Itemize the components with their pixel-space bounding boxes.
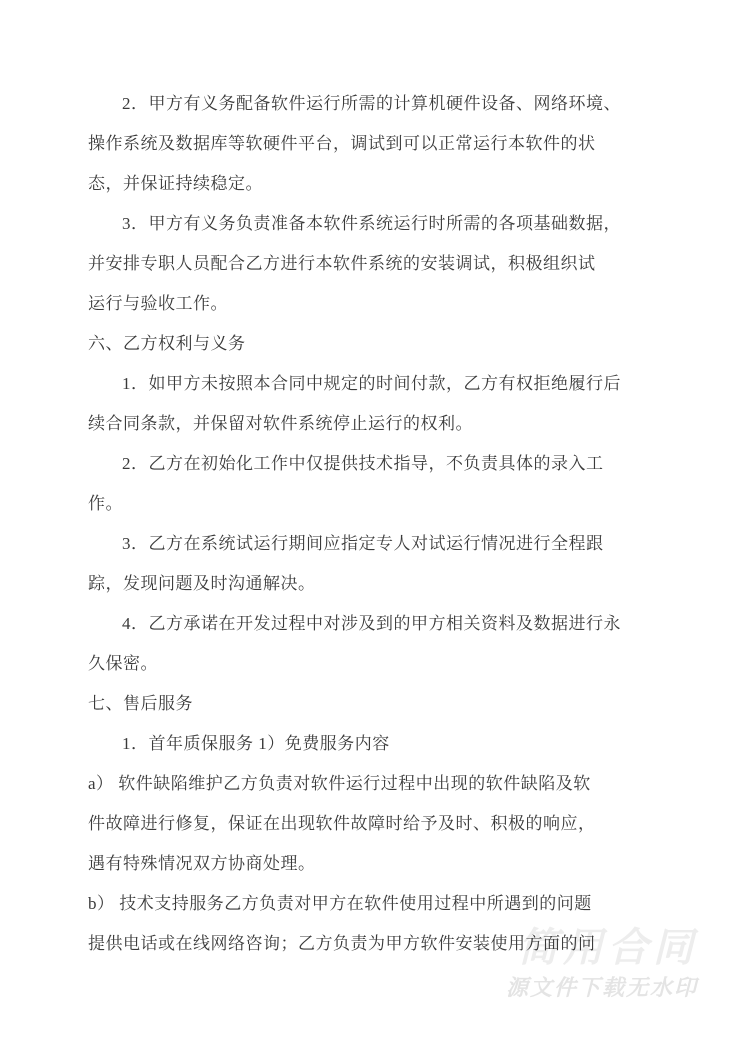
text-line: 3．乙方在系统试运行期间应指定专人对试运行情况进行全程跟 — [88, 524, 666, 564]
text-line: 并安排专职人员配合乙方进行本软件系统的安装调试，积极组织试 — [88, 244, 666, 284]
text-line: 4．乙方承诺在开发过程中对涉及到的甲方相关资料及数据进行永 — [88, 604, 666, 644]
text-line: 久保密。 — [88, 644, 666, 684]
text-line: 2．乙方在初始化工作中仅提供技术指导，不负责具体的录入工 — [88, 444, 666, 484]
text-line: 操作系统及数据库等软硬件平台，调试到可以正常运行本软件的状 — [88, 124, 666, 164]
text-line: 提供电话或在线网络咨询；乙方负责为甲方软件安装使用方面的问 — [88, 924, 666, 964]
text-line: 2．甲方有义务配备软件运行所需的计算机硬件设备、网络环境、 — [88, 84, 666, 124]
document-page: 2．甲方有义务配备软件运行所需的计算机硬件设备、网络环境、操作系统及数据库等软硬… — [0, 0, 742, 1049]
text-line: b） 技术支持服务乙方负责对甲方在软件使用过程中所遇到的问题 — [88, 884, 666, 924]
text-line: 七、售后服务 — [88, 684, 666, 724]
text-line: 续合同条款，并保留对软件系统停止运行的权利。 — [88, 404, 666, 444]
text-line: 六、乙方权利与义务 — [88, 324, 666, 364]
text-line: 遇有特殊情况双方协商处理。 — [88, 844, 666, 884]
text-line: 1．如甲方未按照本合同中规定的时间付款，乙方有权拒绝履行后 — [88, 364, 666, 404]
text-line: a） 软件缺陷维护乙方负责对软件运行过程中出现的软件缺陷及软 — [88, 764, 666, 804]
text-line: 3．甲方有义务负责准备本软件系统运行时所需的各项基础数据， — [88, 204, 666, 244]
text-line: 1．首年质保服务 1）免费服务内容 — [88, 724, 666, 764]
watermark-tagline-text: 源文件下载无水印 — [506, 977, 698, 999]
text-line: 态，并保证持续稳定。 — [88, 164, 666, 204]
text-line: 踪，发现问题及时沟通解决。 — [88, 564, 666, 604]
contract-body: 2．甲方有义务配备软件运行所需的计算机硬件设备、网络环境、操作系统及数据库等软硬… — [88, 84, 666, 964]
text-line: 件故障进行修复，保证在出现软件故障时给予及时、积极的响应， — [88, 804, 666, 844]
text-line: 运行与验收工作。 — [88, 284, 666, 324]
text-line: 作。 — [88, 484, 666, 524]
